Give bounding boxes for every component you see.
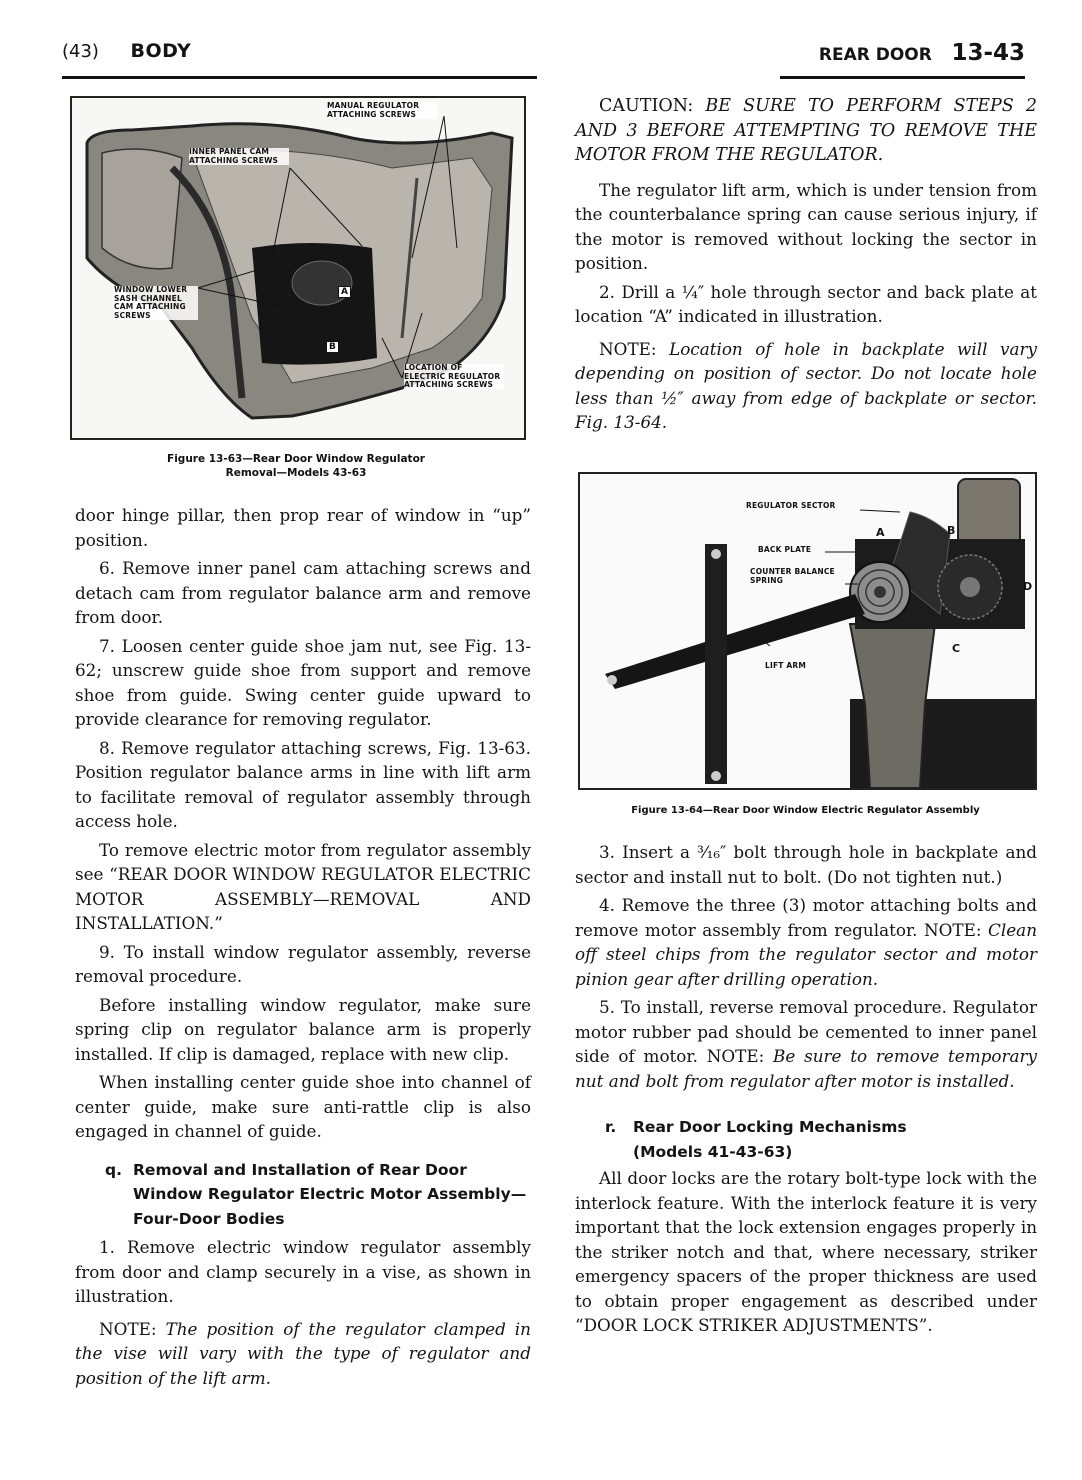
regulator-assembly-illustration [580, 474, 1035, 788]
motor-reference-paragraph: To remove electric motor from regulator … [75, 838, 531, 936]
q-note: NOTE: The position of the regulator clam… [75, 1317, 531, 1391]
paragraph-continuation: door hinge pillar, then prop rear of win… [75, 503, 531, 552]
section-q-letter: q. [105, 1158, 122, 1183]
page-number-right: 13-43 [951, 40, 1025, 66]
figure-13-64-regulator-photo: REGULATOR SECTOR BACK PLATE COUNTER BALA… [578, 472, 1037, 790]
figure-13-64-caption: Figure 13-64—Rear Door Window Electric R… [578, 804, 1033, 818]
step-4: 4. Remove the three (3) motor attaching … [575, 893, 1037, 991]
running-header-right: REAR DOOR 13-43 [780, 40, 1025, 79]
step-2: 2. Drill a ¼″ hole through sector and ba… [575, 280, 1037, 329]
right-column-bottom: 3. Insert a ³⁄₁₆″ bolt through hole in b… [575, 840, 1037, 1338]
callout-inner-panel-cam-screws: INNER PANEL CAM ATTACHING SCREWS [189, 148, 289, 165]
note-label: NOTE: [599, 339, 657, 359]
section-r-heading: r. Rear Door Locking Mechanisms (Models … [575, 1115, 1037, 1164]
section-title-left: BODY [131, 40, 192, 62]
step-3: 3. Insert a ³⁄₁₆″ bolt through hole in b… [575, 840, 1037, 889]
section-r-title-line-2: (Models 41-43-63) [605, 1140, 1037, 1165]
q-step-1: 1. Remove electric window regulator asse… [75, 1235, 531, 1309]
manual-page: (43) BODY REAR DOOR 13-43 [0, 0, 1082, 1480]
figure-point-d: D [1023, 580, 1032, 593]
callout-counter-balance-spring: COUNTER BALANCE SPRING [750, 568, 848, 585]
figure-point-a: A [338, 286, 351, 298]
note-hole-location: NOTE: Location of hole in backplate will… [575, 337, 1037, 435]
callout-back-plate: BACK PLATE [758, 546, 811, 555]
left-column: door hinge pillar, then prop rear of win… [75, 503, 531, 1390]
before-installing-paragraph: Before installing window regulator, make… [75, 993, 531, 1067]
caption-line-2: Removal—Models 43-63 [70, 466, 522, 480]
section-r-title-line-1: Rear Door Locking Mechanisms [605, 1115, 1037, 1140]
section-q-title: Removal and Installation of Rear Door Wi… [105, 1158, 531, 1232]
running-header-left: (43) BODY [62, 40, 537, 79]
caution-label: CAUTION: [599, 96, 693, 116]
caption-line-1: Figure 13-63—Rear Door Window Regulator [70, 452, 522, 466]
center-guide-paragraph: When installing center guide shoe into c… [75, 1070, 531, 1144]
section-title-right: REAR DOOR [819, 45, 932, 65]
callout-lift-arm: LIFT ARM [765, 662, 806, 671]
step-4-note-label: NOTE: [924, 920, 982, 940]
q-note-label: NOTE: [99, 1319, 157, 1339]
step-9: 9. To install window regulator assembly,… [75, 940, 531, 989]
figure-point-b: B [326, 341, 339, 353]
figure-point-a: A [876, 526, 885, 539]
door-locks-paragraph: All door locks are the rotary bolt-type … [575, 1166, 1037, 1338]
step-8: 8. Remove regulator attaching screws, Fi… [75, 736, 531, 834]
figure-13-63-door-photo: MANUAL REGULATOR ATTACHING SCREWS INNER … [70, 96, 526, 440]
caution-paragraph: CAUTION: BE SURE TO PERFORM STEPS 2 AND … [575, 94, 1037, 168]
callout-manual-regulator-screws: MANUAL REGULATOR ATTACHING SCREWS [327, 102, 437, 119]
section-q-heading: q. Removal and Installation of Rear Door… [75, 1158, 531, 1232]
callout-window-lower-sash-screws: WINDOW LOWER SASH CHANNEL CAM ATTACHING … [114, 286, 198, 320]
step-6: 6. Remove inner panel cam attaching scre… [75, 556, 531, 630]
step-5-note-label: NOTE: [707, 1046, 765, 1066]
figure-point-b: B [947, 524, 955, 537]
step-5: 5. To install, reverse removal procedure… [575, 995, 1037, 1093]
lift-arm-warning: The regulator lift arm, which is under t… [575, 178, 1037, 276]
figure-point-c: C [952, 642, 960, 655]
figure-13-63-caption: Figure 13-63—Rear Door Window Regulator … [70, 452, 522, 480]
callout-electric-regulator-location: LOCATION OF ELECTRIC REGULATOR ATTACHING… [404, 364, 504, 390]
callout-regulator-sector: REGULATOR SECTOR [746, 502, 836, 511]
right-column-top: CAUTION: BE SURE TO PERFORM STEPS 2 AND … [575, 94, 1037, 435]
step-7: 7. Loosen center guide shoe jam nut, see… [75, 634, 531, 732]
section-r-letter: r. [605, 1115, 616, 1140]
page-number-left: (43) [62, 41, 99, 62]
